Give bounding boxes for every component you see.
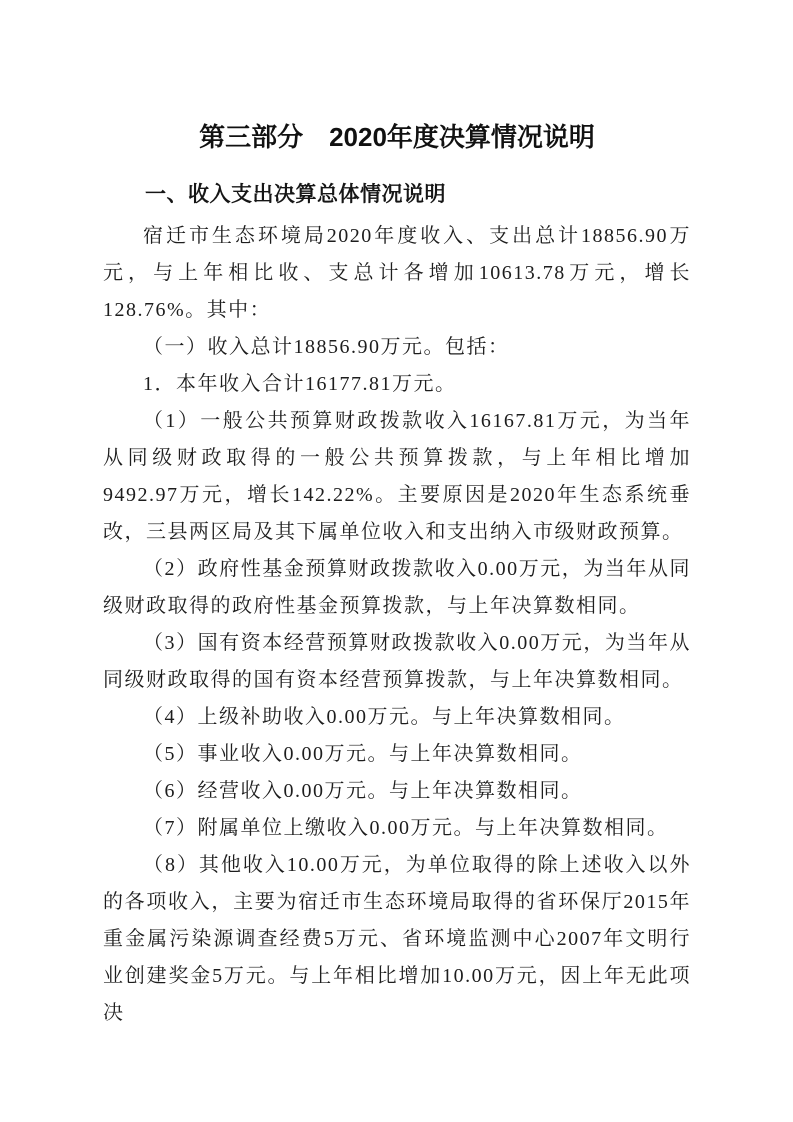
paragraph-current-year-income: 1．本年收入合计16177.81万元。 [103, 366, 691, 403]
paragraph-institutional-income: （5）事业收入0.00万元。与上年决算数相同。 [103, 736, 691, 773]
page-title: 第三部分 2020年度决算情况说明 [103, 118, 691, 156]
paragraph-superior-subsidy-income: （4）上级补助收入0.00万元。与上年决算数相同。 [103, 699, 691, 736]
paragraph-affiliated-unit-income: （7）附属单位上缴收入0.00万元。与上年决算数相同。 [103, 810, 691, 847]
paragraph-income-total: （一）收入总计18856.90万元。包括： [103, 329, 691, 366]
document-page: 第三部分 2020年度决算情况说明 一、收入支出决算总体情况说明 宿迁市生态环境… [0, 0, 793, 1122]
section-heading: 一、收入支出决算总体情况说明 [103, 180, 691, 210]
document-body: 宿迁市生态环境局2020年度收入、支出总计18856.90万元，与上年相比收、支… [103, 218, 691, 1032]
paragraph-government-fund-income: （2）政府性基金预算财政拨款收入0.00万元，为当年从同级财政取得的政府性基金预… [103, 551, 691, 625]
paragraph-business-income: （6）经营收入0.00万元。与上年决算数相同。 [103, 773, 691, 810]
paragraph-other-income: （8）其他收入10.00万元，为单位取得的除上述收入以外的各项收入，主要为宿迁市… [103, 847, 691, 1032]
paragraph-state-capital-income: （3）国有资本经营预算财政拨款收入0.00万元，为当年从同级财政取得的国有资本经… [103, 625, 691, 699]
paragraph-total-overview: 宿迁市生态环境局2020年度收入、支出总计18856.90万元，与上年相比收、支… [103, 218, 691, 329]
paragraph-general-public-budget-income: （1）一般公共预算财政拨款收入16167.81万元，为当年从同级财政取得的一般公… [103, 403, 691, 551]
